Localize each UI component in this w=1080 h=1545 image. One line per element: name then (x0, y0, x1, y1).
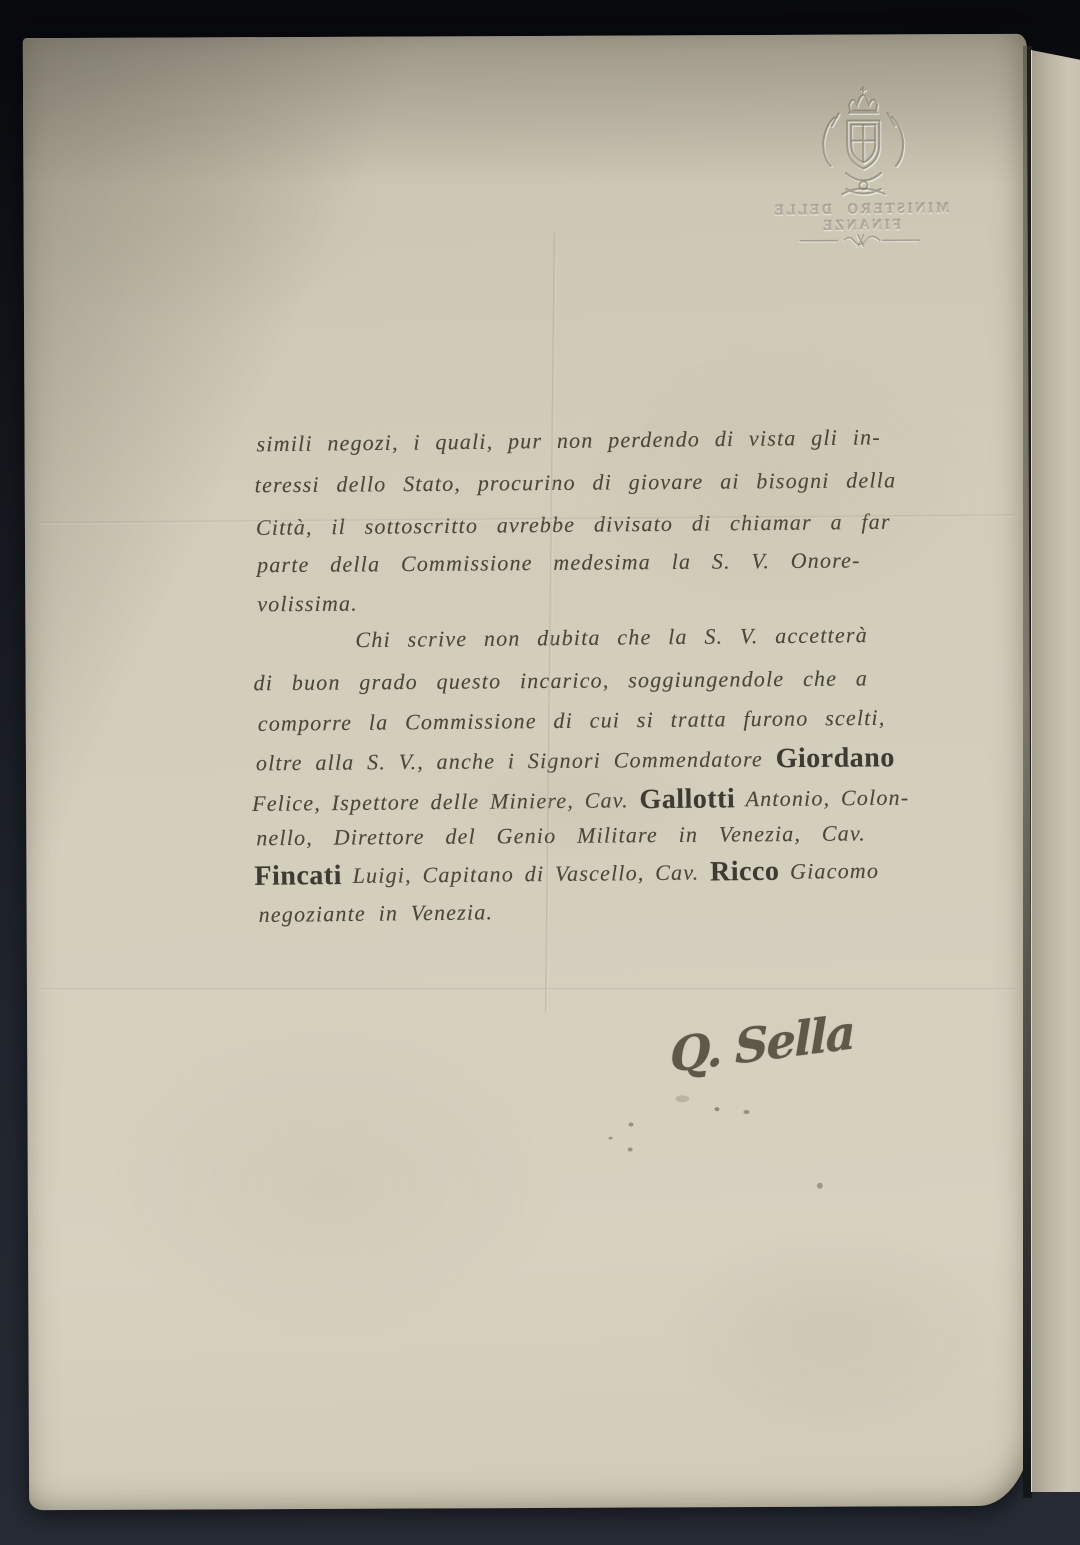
signature: Q. Sella (669, 1005, 854, 1084)
flourish-rule-icon (796, 230, 924, 249)
letter-line: negoziante in Venezia. (258, 899, 493, 928)
second-page-edge (1031, 46, 1080, 1492)
handwritten-text: Felice, Ispettore delle Miniere, Cav. (252, 787, 640, 816)
handwritten-text: negoziante in Venezia. (258, 899, 493, 927)
ink-speck (628, 1148, 633, 1152)
letter-line: Chi scrive non dubita che la S. V. accet… (355, 622, 868, 653)
letter-line: volissima. (257, 591, 358, 618)
letter-line: nello, Direttore del Genio Militare in V… (256, 820, 866, 851)
letter-body: simili negozi, i quali, pur non perdendo… (23, 34, 1027, 38)
coat-of-arms-icon (805, 82, 922, 201)
document-photograph: MINISTERO DELLE FINANZE simili negozi, i… (0, 0, 1080, 1545)
handwritten-text: volissima. (257, 591, 358, 617)
ink-speck (629, 1123, 634, 1127)
ink-speck (817, 1183, 823, 1189)
letter-line: parte della Commissione medesima la S. V… (257, 547, 861, 578)
letter-line: Città, il sottoscritto avrebbe divisato … (256, 509, 891, 541)
handwritten-text: nello, Direttore del Genio Militare in V… (256, 820, 866, 850)
ink-speck (609, 1137, 613, 1140)
letter-line: Felice, Ispettore delle Miniere, Cav. Ga… (252, 782, 909, 820)
handwritten-text: parte della Commissione medesima la S. V… (257, 547, 861, 577)
emphasized-name: Ricco (710, 856, 780, 888)
emphasized-name: Fincati (254, 860, 342, 892)
paper-sheet: MINISTERO DELLE FINANZE simili negozi, i… (23, 34, 1033, 1510)
horizontal-fold-crease-lower (41, 988, 1016, 991)
handwritten-text: Città, il sottoscritto avrebbe divisato … (256, 509, 891, 540)
emphasized-name: Giordano (776, 742, 895, 774)
ink-speck (714, 1107, 719, 1111)
letter-line: teressi dello Stato, procurino di giovar… (255, 467, 897, 498)
ink-speck (743, 1110, 749, 1114)
ink-smudge (675, 1095, 689, 1102)
handwritten-text: Chi scrive non dubita che la S. V. accet… (355, 622, 868, 652)
page-gap-shadow (1023, 46, 1032, 1498)
handwritten-text: simili negozi, i quali, pur non perdendo… (256, 424, 880, 456)
letter-line: oltre alla S. V., anche i Signori Commen… (256, 742, 895, 779)
handwritten-text: oltre alla S. V., anche i Signori Commen… (256, 746, 776, 775)
letter-line: Fincati Luigi, Capitano di Vascello, Cav… (254, 855, 879, 893)
letter-line: simili negozi, i quali, pur non perdendo… (256, 424, 881, 457)
handwritten-text: Giacomo (779, 858, 879, 884)
handwritten-text: di buon grado questo incarico, soggiunge… (254, 665, 869, 695)
vertical-fold-crease (545, 232, 557, 1012)
handwritten-text: comporre la Commissione di cui si tratta… (258, 705, 886, 736)
letter-line: comporre la Commissione di cui si tratta… (258, 705, 886, 737)
handwritten-text: Antonio, Colon- (735, 785, 909, 812)
handwritten-text: Luigi, Capitano di Vascello, Cav. (342, 859, 710, 888)
letter-line: di buon grado questo incarico, soggiunge… (254, 665, 869, 696)
emphasized-name: Gallotti (639, 783, 735, 815)
handwritten-text: teressi dello Stato, procurino di giovar… (255, 467, 897, 497)
